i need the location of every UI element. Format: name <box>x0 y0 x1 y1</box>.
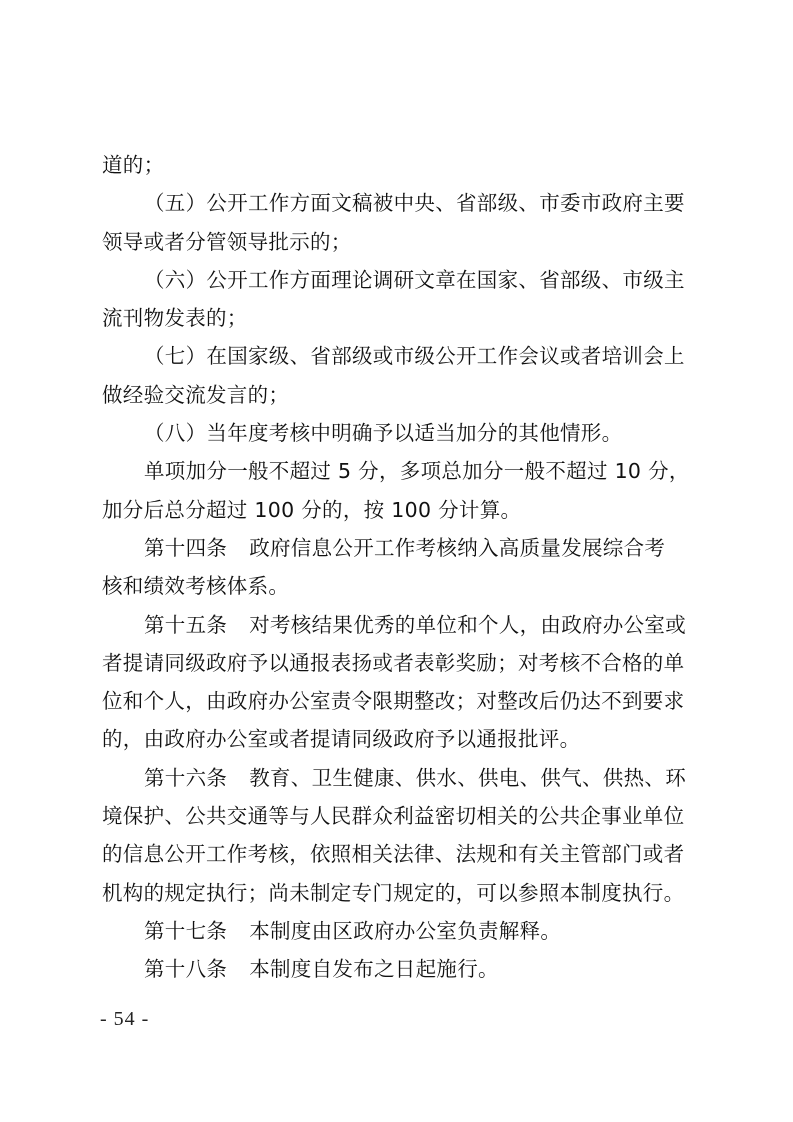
article-16-cont: 的信息公开工作考核，依照相关法律、法规和有关主管部门或者 <box>102 835 692 873</box>
list-item-8: （八）当年度考核中明确予以适当加分的其他情形。 <box>102 414 692 452</box>
text-line: 道的； <box>102 146 692 184</box>
article-label: 第十六条 <box>144 766 227 790</box>
article-18: 第十八条本制度自发布之日起施行。 <box>102 950 692 988</box>
article-label: 第十四条 <box>144 536 227 560</box>
bonus-rule-line: 单项加分一般不超过 5 分，多项总加分一般不超过 10 分， <box>102 452 692 490</box>
list-item-5: （五）公开工作方面文稿被中央、省部级、市委市政府主要 <box>102 184 692 222</box>
text-line: 做经验交流发言的； <box>102 376 692 414</box>
list-item-7: （七）在国家级、省部级或市级公开工作会议或者培训会上 <box>102 337 692 375</box>
article-15: 第十五条对考核结果优秀的单位和个人，由政府办公室或 <box>102 606 692 644</box>
article-14-cont: 核和绩效考核体系。 <box>102 567 692 605</box>
page-number: - 54 - <box>100 1008 149 1031</box>
article-text: 教育、卫生健康、供水、供电、供气、供热、环 <box>249 766 686 790</box>
article-16-cont: 机构的规定执行；尚未制定专门规定的，可以参照本制度执行。 <box>102 874 692 912</box>
article-text: 对考核结果优秀的单位和个人，由政府办公室或 <box>249 613 686 637</box>
article-16-cont: 境保护、公共交通等与人民群众利益密切相关的公共企事业单位 <box>102 797 692 835</box>
article-text: 本制度由区政府办公室负责解释。 <box>249 919 561 943</box>
article-15-cont: 位和个人，由政府办公室责令限期整改；对整改后仍达不到要求 <box>102 682 692 720</box>
list-item-6: （六）公开工作方面理论调研文章在国家、省部级、市级主 <box>102 261 692 299</box>
text-line: 流刊物发表的； <box>102 299 692 337</box>
text-line: 领导或者分管领导批示的； <box>102 223 692 261</box>
article-17: 第十七条本制度由区政府办公室负责解释。 <box>102 912 692 950</box>
article-15-cont: 的，由政府办公室或者提请同级政府予以通报批评。 <box>102 720 692 758</box>
article-label: 第十五条 <box>144 613 227 637</box>
bonus-rule-line: 加分后总分超过 100 分的，按 100 分计算。 <box>102 491 692 529</box>
article-label: 第十七条 <box>144 919 227 943</box>
article-text: 本制度自发布之日起施行。 <box>249 957 499 981</box>
article-14: 第十四条政府信息公开工作考核纳入高质量发展综合考 <box>102 529 692 567</box>
article-text: 政府信息公开工作考核纳入高质量发展综合考 <box>249 536 665 560</box>
article-15-cont: 者提请同级政府予以通报表扬或者表彰奖励；对考核不合格的单 <box>102 644 692 682</box>
document-page: 道的； （五）公开工作方面文稿被中央、省部级、市委市政府主要 领导或者分管领导批… <box>102 146 692 989</box>
article-16: 第十六条教育、卫生健康、供水、供电、供气、供热、环 <box>102 759 692 797</box>
article-label: 第十八条 <box>144 957 227 981</box>
